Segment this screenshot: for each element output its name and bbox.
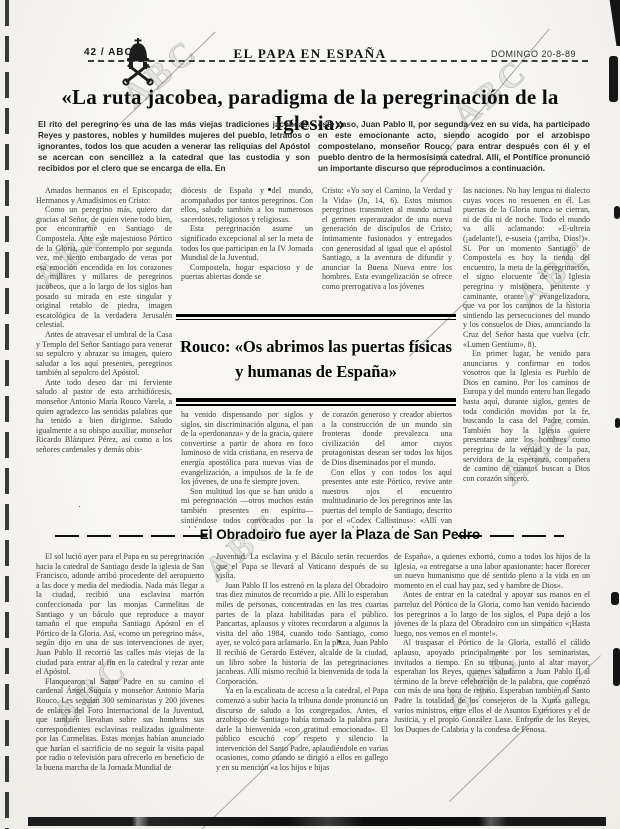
issue-date: DOMINGO 20-8-89 (491, 49, 576, 59)
scan-margin-mark (615, 418, 620, 428)
speech-column-1: Amados hermanos en el Episcopado; Herman… (36, 186, 172, 526)
scan-corner-mark (604, 0, 620, 46)
lead-paragraph-right: este caso, Juan Pablo II, por segunda ve… (318, 119, 590, 174)
section-rule-right (458, 535, 564, 537)
speech-column-2-bottom: ha venido dispensando por siglos y siglo… (181, 410, 313, 528)
obradoiro-column-3: de España», a quienes exhortó, como a to… (394, 552, 590, 784)
scan-left-edge (5, 0, 9, 829)
scan-margin-mark (611, 592, 619, 605)
newspaper-page: ABC ABC ABC ABC ABC ABC ABC ABC 42 / ABC (0, 0, 620, 829)
scan-bottom-bar (28, 817, 606, 826)
obradoiro-column-1: El sol lució ayer para el Papa en su per… (36, 552, 204, 784)
box-rule-top (176, 314, 456, 320)
rouco-headline: Rouco: «Os abrimos las puertas físicas y… (176, 334, 456, 384)
scan-margin-mark (609, 56, 618, 102)
speech-column-3-top: Cristo: «Yo soy el Camino, la Verdad y l… (322, 186, 452, 312)
lead-paragraph-left: El rito del peregrino es una de las más … (38, 119, 310, 174)
speech-column-3-bottom: de corazón generoso y creador abiertos a… (322, 410, 452, 528)
scan-margin-mark (613, 648, 620, 686)
rouco-quote-box: Rouco: «Os abrimos las puertas físicas y… (176, 314, 456, 406)
scan-margin-mark (614, 206, 620, 219)
speech-column-4: las naciones. No hay lengua ni dialecto … (463, 186, 590, 526)
speech-column-2-top: diócesis de España y del mundo, acompaña… (181, 186, 313, 312)
obradoiro-column-2: Juventud. La esclavina y el Báculo serán… (216, 552, 388, 784)
box-rule-bottom (176, 398, 456, 406)
